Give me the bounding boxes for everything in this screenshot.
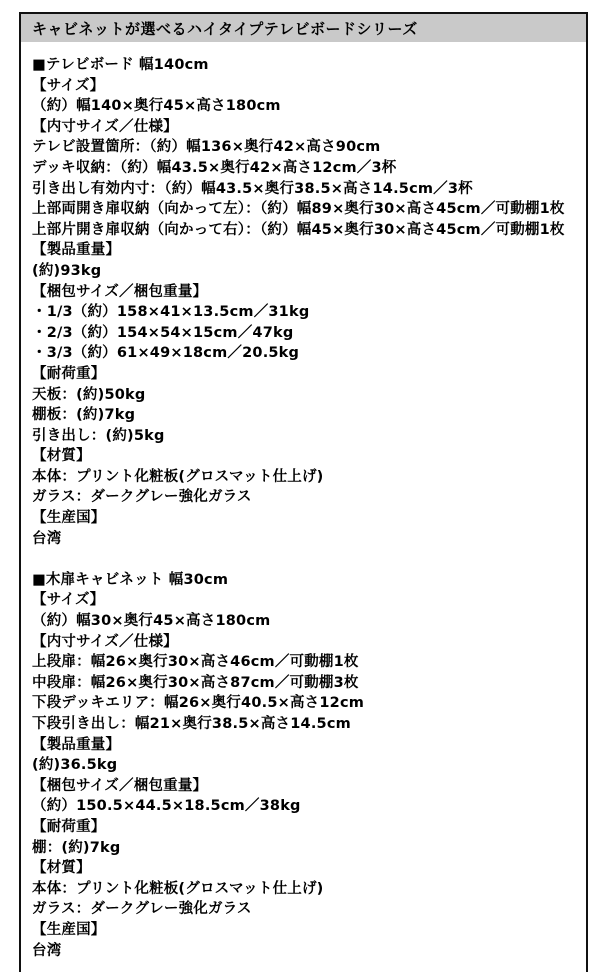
spec-line: 中段扉：幅26×奥行30×高さ87cm／可動棚3枚 — [32, 673, 575, 694]
product-spec-document: キャビネットが選べるハイタイプテレビボードシリーズ ■テレビボード 幅140cm… — [19, 12, 588, 947]
spec-line: ・2/3（約）154×54×15cm／47kg — [32, 323, 575, 344]
spec-line: 【梱包サイズ／梱包重量】 — [32, 282, 575, 303]
spec-line: ・1/3（約）158×41×13.5cm／31kg — [32, 302, 575, 323]
spec-body: ■テレビボード 幅140cm【サイズ】（約）幅140×奥行45×高さ180cm【… — [21, 42, 586, 947]
spec-line: 上部片開き扉収納（向かって右）：（約）幅45×奥行30×高さ45cm／可動棚1枚 — [32, 220, 575, 241]
spec-line: 【製品重量】 — [32, 240, 575, 261]
spec-line: ・3/3（約）61×49×18cm／20.5kg — [32, 343, 575, 364]
spec-line: ■テレビボード 幅140cm — [32, 55, 575, 76]
spec-line: デッキ収納：（約）幅43.5×奥行42×高さ12cm／3杯 — [32, 158, 575, 179]
spec-line: テレビ設置箇所：（約）幅136×奥行42×高さ90cm — [32, 137, 575, 158]
spec-line: 【耐荷重】 — [32, 817, 575, 838]
spec-line: 本体：プリント化粧板(グロスマット仕上げ) — [32, 467, 575, 488]
spec-line: 【耐荷重】 — [32, 364, 575, 385]
spec-line: 下段デッキエリア：幅26×奥行40.5×高さ12cm — [32, 693, 575, 714]
spec-line: 【生産国】 — [32, 508, 575, 529]
spec-line: 【製品重量】 — [32, 735, 575, 756]
spec-line: 上段扉：幅26×奥行30×高さ46cm／可動棚1枚 — [32, 652, 575, 673]
spec-line: 上部両開き扉収納（向かって左）：（約）幅89×奥行30×高さ45cm／可動棚1枚 — [32, 199, 575, 220]
spec-line: ガラス：ダークグレー強化ガラス — [32, 899, 575, 920]
spec-line: 台湾 — [32, 941, 575, 947]
spec-line: 【梱包サイズ／梱包重量】 — [32, 776, 575, 797]
spec-line: 天板：(約)50kg — [32, 385, 575, 406]
spec-line: 【サイズ】 — [32, 590, 575, 611]
spec-line: (約)93kg — [32, 261, 575, 282]
spec-line: 【サイズ】 — [32, 76, 575, 97]
spec-line: ■木扉キャビネット 幅30cm — [32, 570, 575, 591]
spec-line: 棚板：(約)7kg — [32, 405, 575, 426]
spec-line: 【生産国】 — [32, 920, 575, 941]
spec-line: (約)36.5kg — [32, 755, 575, 776]
page-title: キャビネットが選べるハイタイプテレビボードシリーズ — [21, 14, 586, 42]
spec-line: （約）幅140×奥行45×高さ180cm — [32, 96, 575, 117]
spec-line: 棚：(約)7kg — [32, 838, 575, 859]
spec-line: （約）幅30×奥行45×高さ180cm — [32, 611, 575, 632]
spec-line: （約）150.5×44.5×18.5cm／38kg — [32, 796, 575, 817]
spec-line: 【材質】 — [32, 446, 575, 467]
spec-line: ガラス：ダークグレー強化ガラス — [32, 487, 575, 508]
spec-line: 引き出し：(約)5kg — [32, 426, 575, 447]
spec-line: 本体：プリント化粧板(グロスマット仕上げ) — [32, 879, 575, 900]
spec-line: 【材質】 — [32, 858, 575, 879]
spec-line: 【内寸サイズ／仕様】 — [32, 117, 575, 138]
spec-line: 台湾 — [32, 529, 575, 550]
spec-line: 下段引き出し：幅21×奥行38.5×高さ14.5cm — [32, 714, 575, 735]
spec-line: 引き出し有効内寸：（約）幅43.5×奥行38.5×高さ14.5cm／3杯 — [32, 179, 575, 200]
spec-line: 【内寸サイズ／仕様】 — [32, 632, 575, 653]
spec-line — [32, 549, 575, 570]
